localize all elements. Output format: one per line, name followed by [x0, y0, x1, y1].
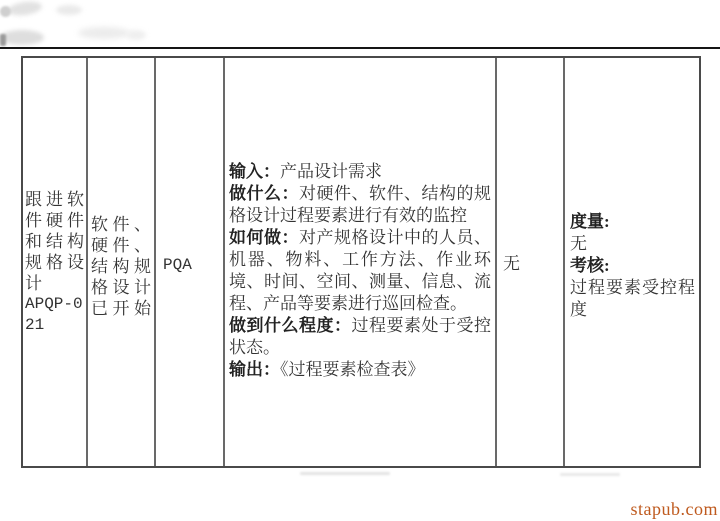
- entry-criteria-text: 软件、硬件、结构规格设计已开始: [91, 214, 151, 319]
- owner-text: PQA: [163, 254, 223, 276]
- cell-activity-description: 输入：产品设计需求 做什么：对硬件、软件、结构的规格设计过程要素进行有效的监控 …: [225, 58, 497, 466]
- scan-smudge: [126, 30, 146, 40]
- scan-smudge: [0, 6, 11, 17]
- cell-metrics: 度量:无 考核:过程要素受控程度: [565, 58, 699, 466]
- metric-assess: 考核:过程要素受控程度: [570, 255, 695, 321]
- metric-measure-text: 无: [570, 234, 587, 253]
- metric-assess-text: 过程要素受控程度: [570, 278, 695, 319]
- scan-smudge: [0, 30, 44, 45]
- activity-output-label: 输出：: [229, 360, 280, 379]
- tools-text: 无: [503, 253, 563, 275]
- process-table-row: 跟进软件硬件和结构规格设计APQP-021 软件、硬件、结构规格设计已开始 PQ…: [21, 56, 701, 468]
- activity-what-label: 做什么：: [229, 184, 299, 203]
- activity-degree: 做到什么程度：过程要素处于受控状态。: [229, 315, 491, 359]
- activity-how-label: 如何做：: [229, 228, 299, 247]
- scan-smudge: [7, 0, 42, 17]
- activity-output-text: 《过程要素检查表》: [280, 360, 425, 379]
- cell-owner: PQA: [156, 58, 225, 466]
- cell-entry-criteria: 软件、硬件、结构规格设计已开始: [88, 58, 156, 466]
- metric-measure-label: 度量:: [570, 212, 610, 231]
- metric-measure: 度量:无: [570, 211, 695, 255]
- activity-input-label: 输入：: [229, 162, 280, 181]
- scan-smudge: [560, 473, 620, 476]
- metric-assess-label: 考核:: [570, 256, 610, 275]
- activity-input-text: 产品设计需求: [280, 162, 382, 181]
- document-page: 跟进软件硬件和结构规格设计APQP-021 软件、硬件、结构规格设计已开始 PQ…: [0, 0, 720, 521]
- watermark-text: stapub.com: [631, 499, 719, 520]
- scan-smudge: [0, 34, 6, 46]
- scan-smudge: [78, 27, 130, 39]
- activity-what: 做什么：对硬件、软件、结构的规格设计过程要素进行有效的监控: [229, 183, 491, 227]
- activity-how: 如何做：对产规格设计中的人员、机器、物料、工作方法、作业环境、时间、空间、测量、…: [229, 227, 491, 315]
- cell-process-name: 跟进软件硬件和结构规格设计APQP-021: [23, 58, 88, 466]
- cell-tools: 无: [497, 58, 565, 466]
- horizontal-rule: [0, 47, 720, 49]
- process-name-text: 跟进软件硬件和结构规格设计APQP-021: [25, 189, 84, 336]
- activity-input: 输入：产品设计需求: [229, 161, 491, 183]
- scan-smudge: [56, 5, 82, 15]
- scan-smudge: [300, 472, 390, 475]
- activity-degree-label: 做到什么程度：: [229, 316, 352, 335]
- activity-output: 输出：《过程要素检查表》: [229, 359, 491, 381]
